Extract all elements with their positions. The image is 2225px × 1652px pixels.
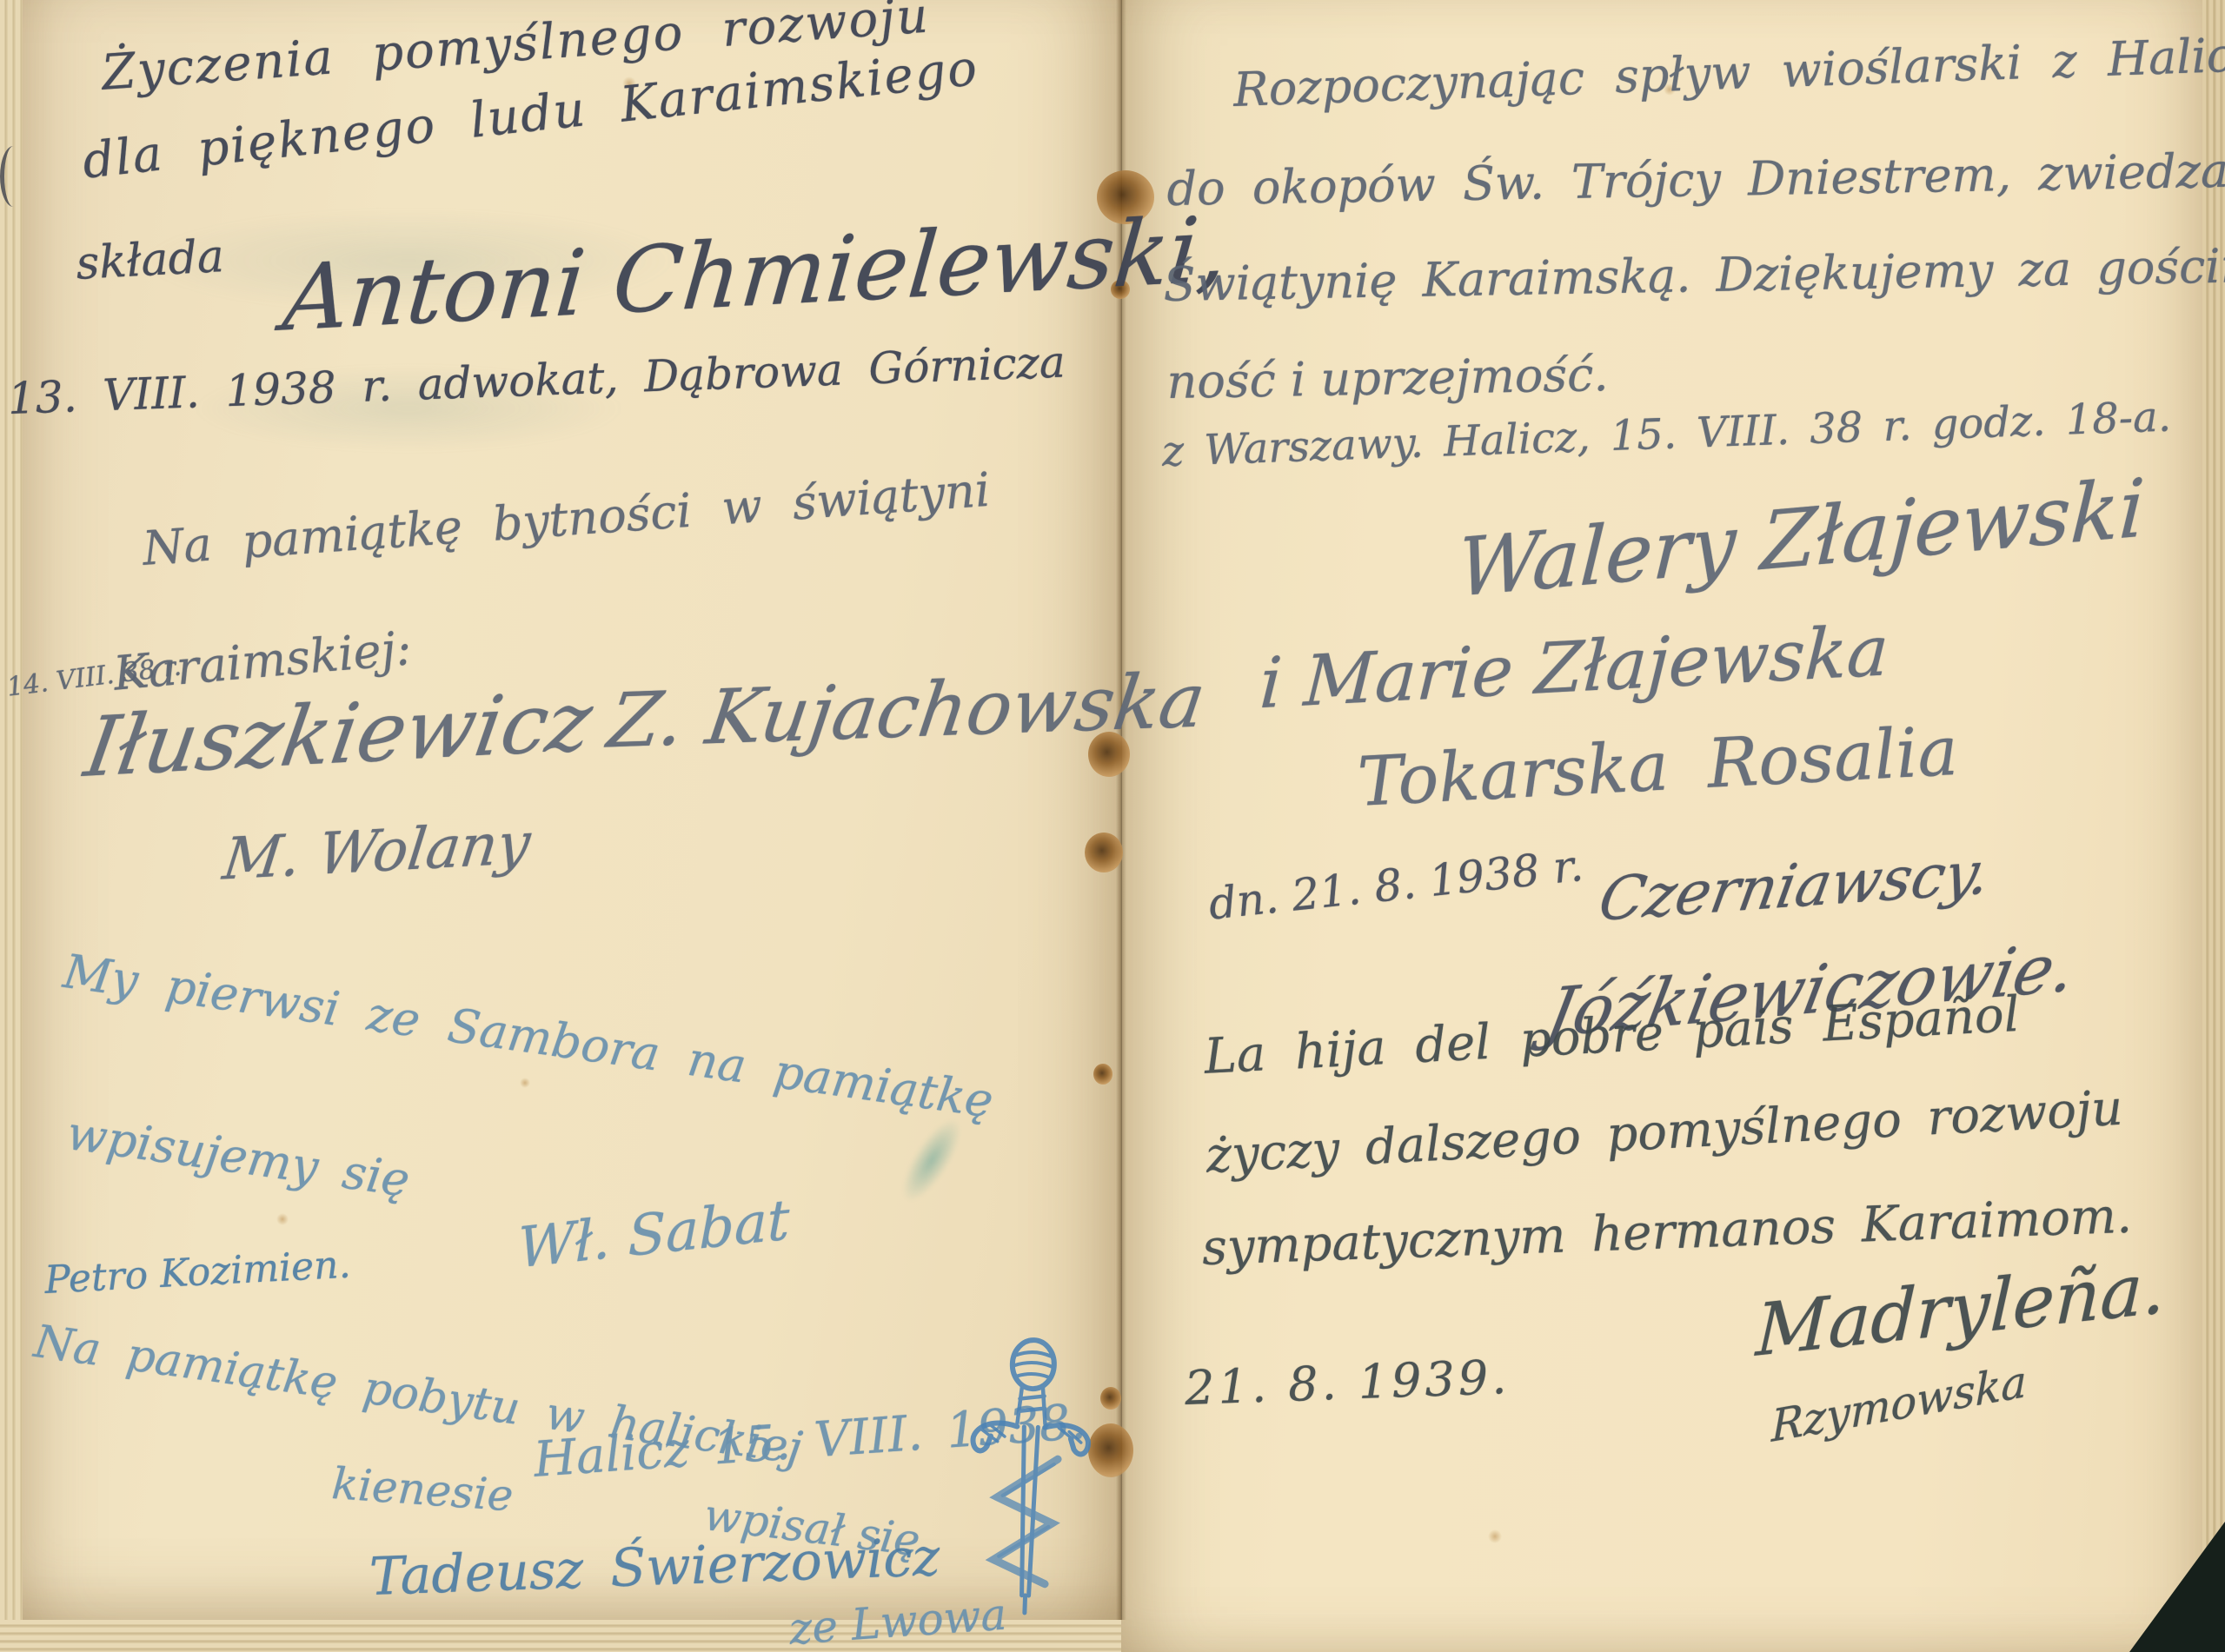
spanish-date: 21. 8. 1939. [1184, 1350, 1511, 1416]
rust-stain [1100, 1387, 1121, 1410]
guest-book-scan: Życzenia pomyślnego rozwoju dla pięknego… [0, 0, 2225, 1652]
previous-page-ink-mark [0, 146, 27, 207]
wishes-line-3: składa [75, 230, 225, 290]
left-page-stack-edge [0, 0, 23, 1652]
foxing-spot [276, 1213, 289, 1225]
rust-stain [1085, 833, 1123, 872]
dagger-stamp-icon [958, 1334, 1100, 1635]
foxing-spot [1488, 1529, 1502, 1543]
foxing-spot [520, 1078, 530, 1088]
rust-stain [1093, 1064, 1112, 1085]
rowing-line-4: ność i uprzejmość. [1166, 347, 1609, 409]
